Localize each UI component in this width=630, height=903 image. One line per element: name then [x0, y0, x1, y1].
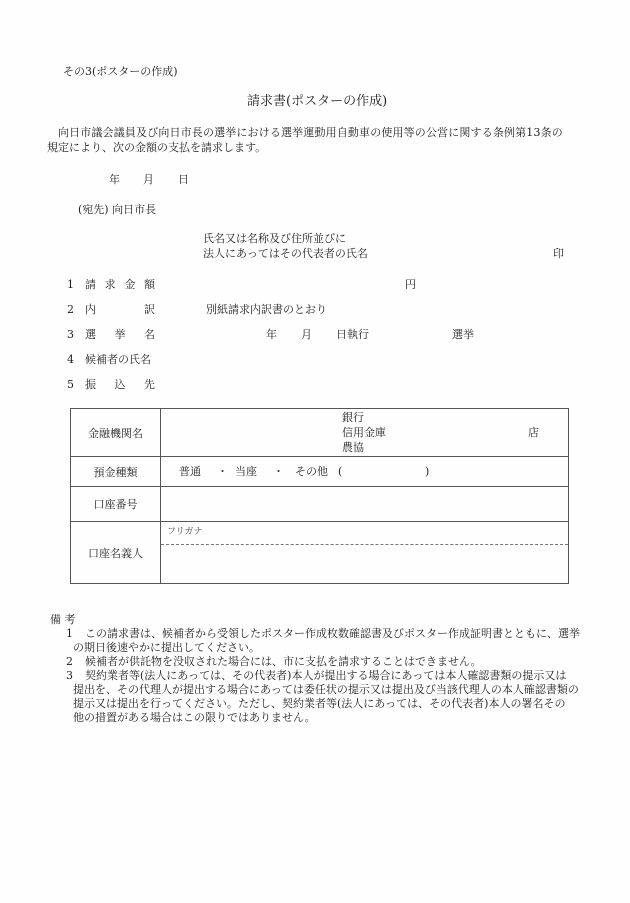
header-deposit-type: 預金種類 [71, 457, 161, 487]
deposit-option-other[interactable]: その他 [295, 466, 328, 477]
label-char: 額 [144, 279, 155, 290]
institution-type-shinkin: 信用金庫 [342, 427, 386, 438]
note-number-1: 1 [66, 628, 73, 639]
account-holder-cell[interactable]: フリガナ [161, 522, 569, 584]
label-char: 選 [85, 329, 96, 340]
header-account-holder: 口座名義人 [71, 522, 161, 584]
separator-dot: ・ [273, 466, 284, 477]
header-account-number: 口座番号 [71, 487, 161, 522]
label-char: 金 [124, 279, 135, 290]
date-month-label: 月 [143, 174, 154, 185]
other-open-paren: ( [338, 466, 342, 477]
other-close-paren: ) [425, 466, 429, 477]
intro-paragraph: 向日市議会議員及び向日市長の選挙における選挙運動用自動車の使用等の公営に関する条… [47, 125, 597, 155]
note-number-3: 3 [66, 670, 73, 681]
bank-account-table: 金融機関名 銀行 信用金庫 農協 店 預金種類 普通 ・ 当座 ・ その他 ( … [70, 408, 569, 584]
note-3-line-3: 提示又は提出を行ってください。ただし、契約業者等(法人にあっては、その代表者)本… [73, 698, 565, 709]
item-label-claim-amount: 請 求 金 額 [85, 279, 155, 290]
note-3-line-1: 契約業者等(法人にあっては、その代表者)本人が提出する場合にあっては本人確認書類… [85, 670, 566, 681]
deposit-type-cell: 普通 ・ 当座 ・ その他 ( ) [161, 457, 569, 487]
label-char: 名 [144, 329, 155, 340]
table-row-institution: 金融機関名 銀行 信用金庫 農協 店 [71, 409, 569, 457]
account-number-cell[interactable] [161, 487, 569, 522]
header-institution-name: 金融機関名 [71, 409, 161, 457]
seal-mark: 印 [553, 248, 564, 259]
claimant-label-line-2: 法人にあってはその代表者の氏名 [203, 248, 368, 259]
item-number-2: 2 [67, 304, 74, 315]
election-month-label: 月 [301, 329, 312, 340]
election-day-exec-label: 日執行 [336, 329, 369, 340]
intro-line-1: 向日市議会議員及び向日市長の選挙における選挙運動用自動車の使用等の公営に関する条… [47, 125, 597, 140]
table-row-deposit-type: 預金種類 普通 ・ 当座 ・ その他 ( ) [71, 457, 569, 487]
label-char: 請 [85, 279, 96, 290]
item-label-breakdown: 内 訳 [85, 304, 155, 315]
yen-unit: 円 [405, 279, 416, 290]
election-year-label: 年 [266, 329, 277, 340]
intro-line-2: 規定により、次の金額の支払を請求します。 [47, 141, 266, 154]
election-suffix: 選挙 [452, 329, 474, 340]
note-3-line-2: 提出を、その代理人が提出する場合にあっては委任状の提示又は提出及び当該代理人の本… [73, 684, 579, 695]
item-label-candidate-name: 候補者の氏名 [85, 354, 151, 365]
label-char: 振 [85, 379, 96, 390]
item-number-3: 3 [67, 329, 74, 340]
institution-name-cell[interactable]: 銀行 信用金庫 農協 店 [161, 409, 569, 457]
label-char: 挙 [115, 329, 126, 340]
note-number-2: 2 [66, 656, 73, 667]
item-label-transfer-destination: 振 込 先 [85, 379, 155, 390]
notes-heading: 備 考 [50, 614, 76, 625]
note-2-line-1: 候補者が供託物を没収された場合には、市に支払を請求することはできません。 [85, 656, 482, 667]
note-1-line-2: の期日後速やかに提出してください。 [73, 642, 260, 653]
institution-type-nokyo: 農協 [342, 442, 364, 453]
label-char: 内 [85, 304, 96, 315]
institution-type-bank: 銀行 [342, 412, 364, 423]
breakdown-value: 別紙請求内訳書のとおり [206, 304, 327, 315]
label-char: 込 [115, 379, 126, 390]
furigana-label: フリガナ [167, 528, 203, 537]
furigana-divider [161, 544, 568, 545]
item-number-4: 4 [67, 354, 74, 365]
table-row-account-holder: 口座名義人 フリガナ [71, 522, 569, 584]
note-3-line-4: 他の措置がある場合はこの限りではありません。 [73, 712, 316, 723]
form-number: その3(ポスターの作成) [63, 66, 178, 77]
label-char: 求 [105, 279, 116, 290]
item-number-1: 1 [67, 279, 74, 290]
date-year-label: 年 [109, 174, 120, 185]
label-char: 訳 [144, 304, 155, 315]
table-row-account-number: 口座番号 [71, 487, 569, 522]
branch-suffix: 店 [528, 427, 539, 438]
document-title: 請求書(ポスターの作成) [247, 95, 387, 108]
claimant-label-line-1: 氏名又は名称及び住所並びに [203, 233, 346, 244]
addressee: (宛先) 向日市長 [78, 204, 156, 215]
item-number-5: 5 [67, 379, 74, 390]
label-char: 先 [144, 379, 155, 390]
note-1-line-1: この請求書は、候補者から受領したポスター作成枚数確認書及びポスター作成証明書とと… [85, 628, 580, 639]
date-day-label: 日 [178, 174, 189, 185]
separator-dot: ・ [217, 466, 228, 477]
deposit-option-ordinary[interactable]: 普通 [179, 466, 201, 477]
item-label-election-name: 選 挙 名 [85, 329, 155, 340]
deposit-option-checking[interactable]: 当座 [235, 466, 257, 477]
